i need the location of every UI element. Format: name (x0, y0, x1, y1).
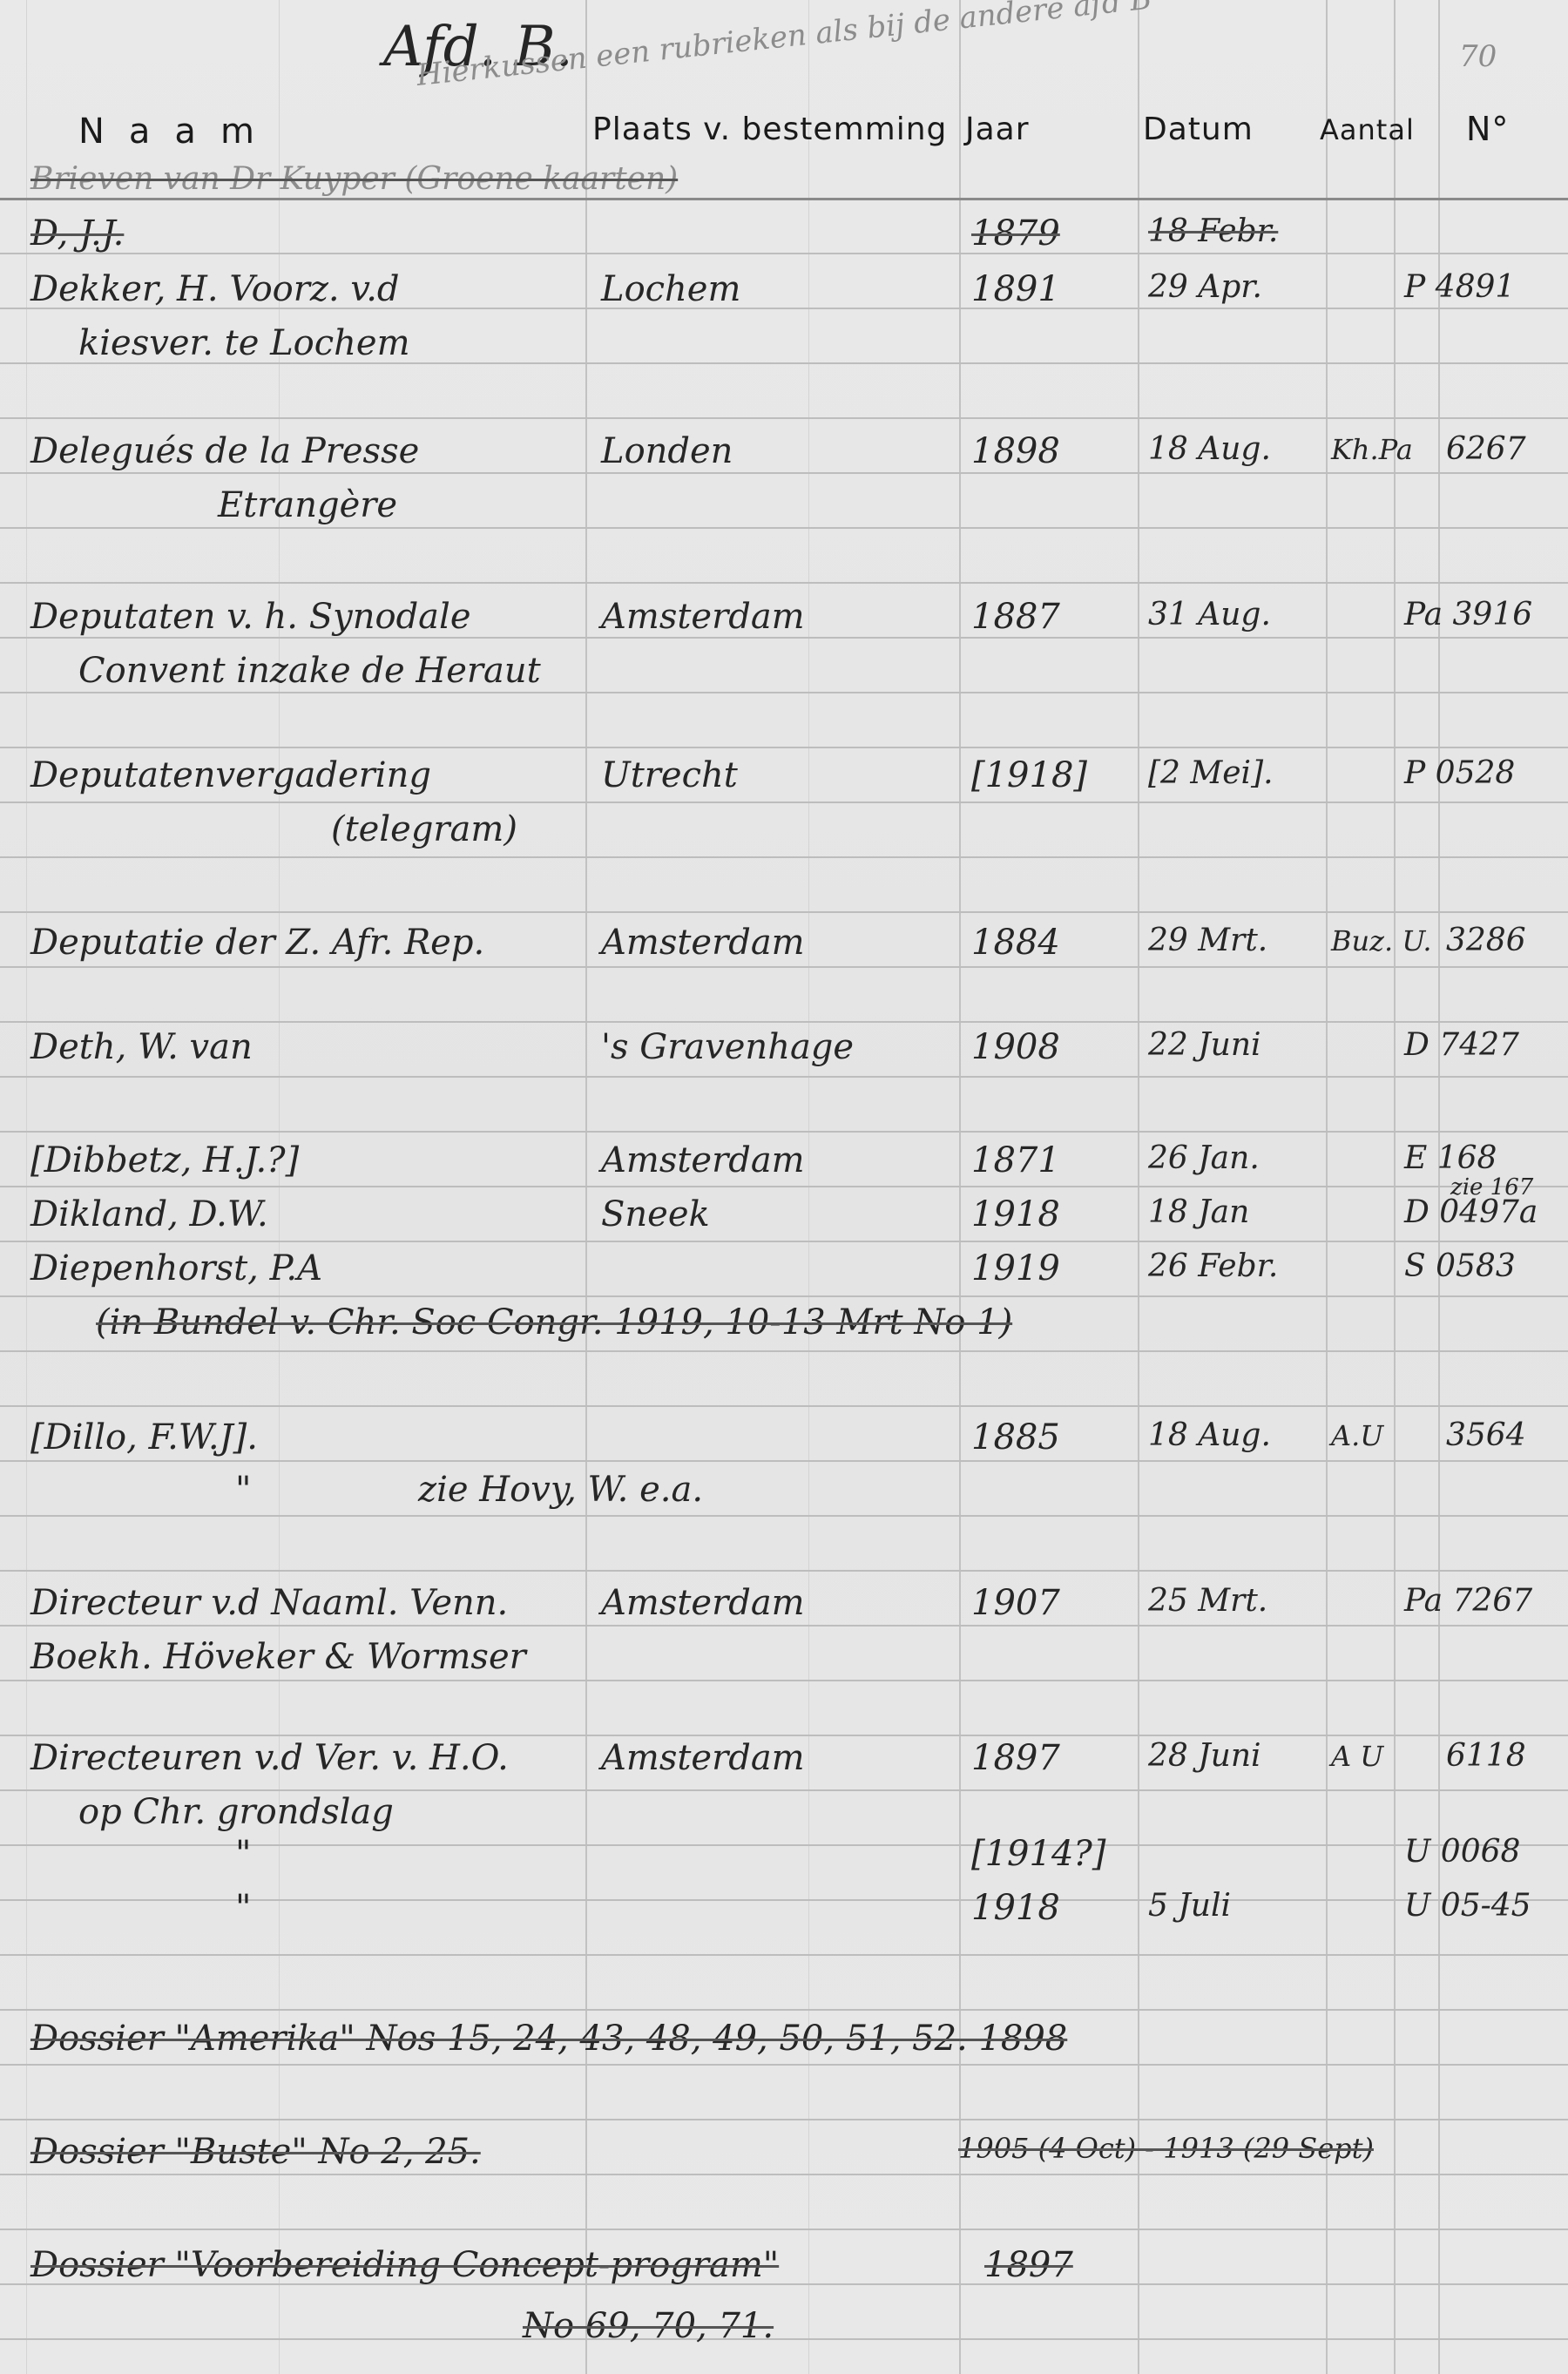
entry-plaats: Amsterdam (601, 1586, 805, 1620)
entry-naam: Deth, W. van (30, 1030, 253, 1065)
entry-naam: Deputatie der Z. Afr. Rep. (30, 925, 484, 960)
entry-naam-continued: zie Hovy, W. e.a. (418, 1472, 703, 1507)
entry-naam: Dossier "Voorbereiding Concept-program" (30, 2248, 779, 2283)
entry-datum: 5 Juli (1148, 1890, 1231, 1922)
entry-naam: " (235, 1472, 251, 1507)
header-rule (0, 198, 1568, 200)
entry-naam: Dossier "Buste" No 2, 25. (30, 2134, 481, 2169)
entry-jaar: 1887 (971, 599, 1060, 634)
row-rule (0, 801, 1568, 803)
entry-no: 6267 (1446, 434, 1526, 465)
row-rule (0, 2229, 1568, 2230)
entry-aantal: A.U (1331, 1422, 1383, 1450)
row-rule (0, 527, 1568, 529)
entry-plaats: Londen (601, 434, 733, 469)
row-rule (0, 417, 1568, 419)
entry-datum: 31 Aug. (1148, 599, 1271, 631)
row-rule (0, 856, 1568, 858)
entry-datum: 18 Jan (1148, 1197, 1249, 1228)
entry-jaar: 1879 (971, 216, 1060, 251)
entry-naam: " (235, 1836, 251, 1871)
entry-naam-continued: Etrangère (218, 488, 397, 523)
entry-naam: Dikland, D.W. (30, 1197, 268, 1232)
entry-plaats: 's Gravenhage (601, 1030, 854, 1065)
entry-plaats: Sneek (601, 1197, 710, 1232)
entry-naam: Dossier "Amerika" Nos 15, 24, 43, 48, 49… (30, 2021, 1067, 2056)
entry-datum: [2 Mei]. (1148, 758, 1274, 789)
entry-jaar: 1897 (971, 1741, 1060, 1775)
entry-naam-continued: Boekh. Höveker & Wormser (30, 1640, 526, 1674)
entry-naam: " (235, 1890, 251, 1925)
entry-naam: D, J.J. (30, 216, 124, 251)
entry-datum: 18 Febr. (1148, 216, 1278, 247)
column-header-datum: Datum (1143, 112, 1254, 147)
entry-plaats: Amsterdam (601, 925, 805, 960)
entry-jaar: 1908 (971, 1030, 1060, 1065)
row-rule (0, 1460, 1568, 1462)
row-rule (0, 1021, 1568, 1023)
entry-datum: 29 Mrt. (1148, 925, 1267, 957)
entry-datum: 26 Febr. (1148, 1251, 1278, 1282)
entry-no: 3564 (1446, 1420, 1526, 1451)
row-rule (0, 966, 1568, 968)
entry-naam-continued: op Chr. grondslag (78, 1795, 394, 1830)
row-rule (0, 1350, 1568, 1352)
row-rule (0, 1295, 1568, 1297)
entry-naam: [Dibbetz, H.J.?] (30, 1143, 299, 1178)
column-header-plaats: Plaats v. bestemming (592, 112, 947, 147)
entry-naam: Deputatenvergadering (30, 758, 431, 793)
entry-no: P 4891 (1404, 272, 1515, 303)
entry-no: U 05-45 (1404, 1890, 1531, 1922)
row-rule (0, 2338, 1568, 2340)
row-rule (0, 1954, 1568, 1956)
entry-plaats: Utrecht (601, 758, 738, 793)
entry-naam: (in Bundel v. Chr. Soc Congr. 1919, 10-1… (96, 1305, 1012, 1340)
entry-jaar: 1918 (971, 1890, 1060, 1925)
entry-jaar: 1907 (971, 1586, 1060, 1620)
row-rule (0, 2009, 1568, 2011)
entry-jaar: 1919 (971, 1251, 1060, 1286)
entry-jaar: 1898 (971, 434, 1060, 469)
entry-no: S 0583 (1404, 1251, 1516, 1282)
entry-no: 6118 (1446, 1741, 1526, 1772)
entry-naam: Delegués de la Presse (30, 434, 419, 469)
entry-plaats: Amsterdam (601, 599, 805, 634)
entry-jaar: 1885 (971, 1420, 1060, 1455)
entry-datum: 22 Juni (1148, 1030, 1261, 1061)
row-rule (0, 1241, 1568, 1242)
entry-jaar: 1918 (971, 1197, 1060, 1232)
entry-naam-continued: Convent inzake de Heraut (78, 653, 541, 688)
row-rule (0, 253, 1568, 254)
entry-no: U 0068 (1404, 1836, 1520, 1868)
entry-naam: Deputaten v. h. Synodale (30, 599, 471, 634)
entry-datum: 18 Aug. (1148, 434, 1271, 465)
entry-no: D 7427 (1404, 1030, 1519, 1061)
entry-naam-continued: No 69, 70, 71. (523, 2309, 774, 2344)
entry-datum: 29 Apr. (1148, 272, 1262, 303)
row-rule (0, 1186, 1568, 1187)
row-rule (0, 637, 1568, 639)
entry-naam: Directeur v.d Naaml. Venn. (30, 1586, 508, 1620)
entry-no: E 168 (1404, 1143, 1497, 1174)
row-rule (0, 1515, 1568, 1517)
entry-plaats: Lochem (601, 272, 740, 307)
entry-no: P 0528 (1404, 758, 1515, 789)
entry-no: Pa 7267 (1404, 1586, 1532, 1617)
row-rule (0, 1131, 1568, 1133)
row-rule (0, 1680, 1568, 1681)
row-rule (0, 2064, 1568, 2066)
column-header-no: N° (1466, 110, 1509, 148)
column-header-jaar: Jaar (965, 112, 1030, 147)
entry-aantal: A U (1331, 1742, 1383, 1770)
row-rule (0, 747, 1568, 748)
entry-jaar: 1905 (4 Oct) - 1913 (29 Sept) (958, 2134, 1374, 2162)
entry-jaar: 1871 (971, 1143, 1060, 1178)
entry-naam: Dekker, H. Voorz. v.d (30, 272, 400, 307)
entry-jaar: [1918] (971, 758, 1087, 793)
entry-naam-continued: (telegram) (331, 812, 517, 847)
row-rule (0, 472, 1568, 474)
column-header-aantal: Aantal (1320, 113, 1415, 146)
entry-jaar: [1914?] (971, 1836, 1105, 1871)
entry-datum: 26 Jan. (1148, 1143, 1260, 1174)
entry-naam: [Dillo, F.W.J]. (30, 1420, 258, 1455)
row-rule (0, 911, 1568, 913)
entry-jaar: 1884 (971, 925, 1060, 960)
row-rule (0, 1789, 1568, 1791)
entry-aantal: Kh.Pa (1331, 436, 1413, 463)
entry-no: D 0497a (1404, 1197, 1538, 1228)
entry-naam-continued: kiesver. te Lochem (78, 326, 410, 361)
entry-plaats: Amsterdam (601, 1741, 805, 1775)
ledger-page: Afd. B. Hierkussen een rubrieken als bij… (0, 0, 1568, 2374)
entry-datum: 28 Juni (1148, 1741, 1261, 1772)
row-rule (0, 1405, 1568, 1407)
row-rule (0, 1076, 1568, 1078)
entry-datum: 18 Aug. (1148, 1420, 1271, 1451)
row-rule (0, 1735, 1568, 1736)
entry-jaar: 1897 (984, 2248, 1073, 2283)
struck-heading: Brieven van Dr Kuyper (Groene kaarten) (30, 164, 678, 195)
entry-aantal: Buz. U. (1331, 927, 1432, 955)
row-rule (0, 1570, 1568, 1572)
row-rule (0, 2174, 1568, 2175)
entry-datum: 25 Mrt. (1148, 1586, 1267, 1617)
entry-plaats: Amsterdam (601, 1143, 805, 1178)
entry-naam: Directeuren v.d Ver. v. H.O. (30, 1741, 509, 1775)
row-rule (0, 582, 1568, 584)
row-rule (0, 692, 1568, 693)
row-rule (0, 2119, 1568, 2120)
entry-naam: Diepenhorst, P.A (30, 1251, 322, 1286)
entry-no: 3286 (1446, 925, 1526, 957)
entry-jaar: 1891 (971, 272, 1060, 307)
row-rule (0, 1625, 1568, 1627)
pencil-note-number: 70 (1459, 42, 1497, 71)
entry-no: Pa 3916 (1404, 599, 1532, 631)
column-header-naam: Naam (78, 112, 279, 152)
